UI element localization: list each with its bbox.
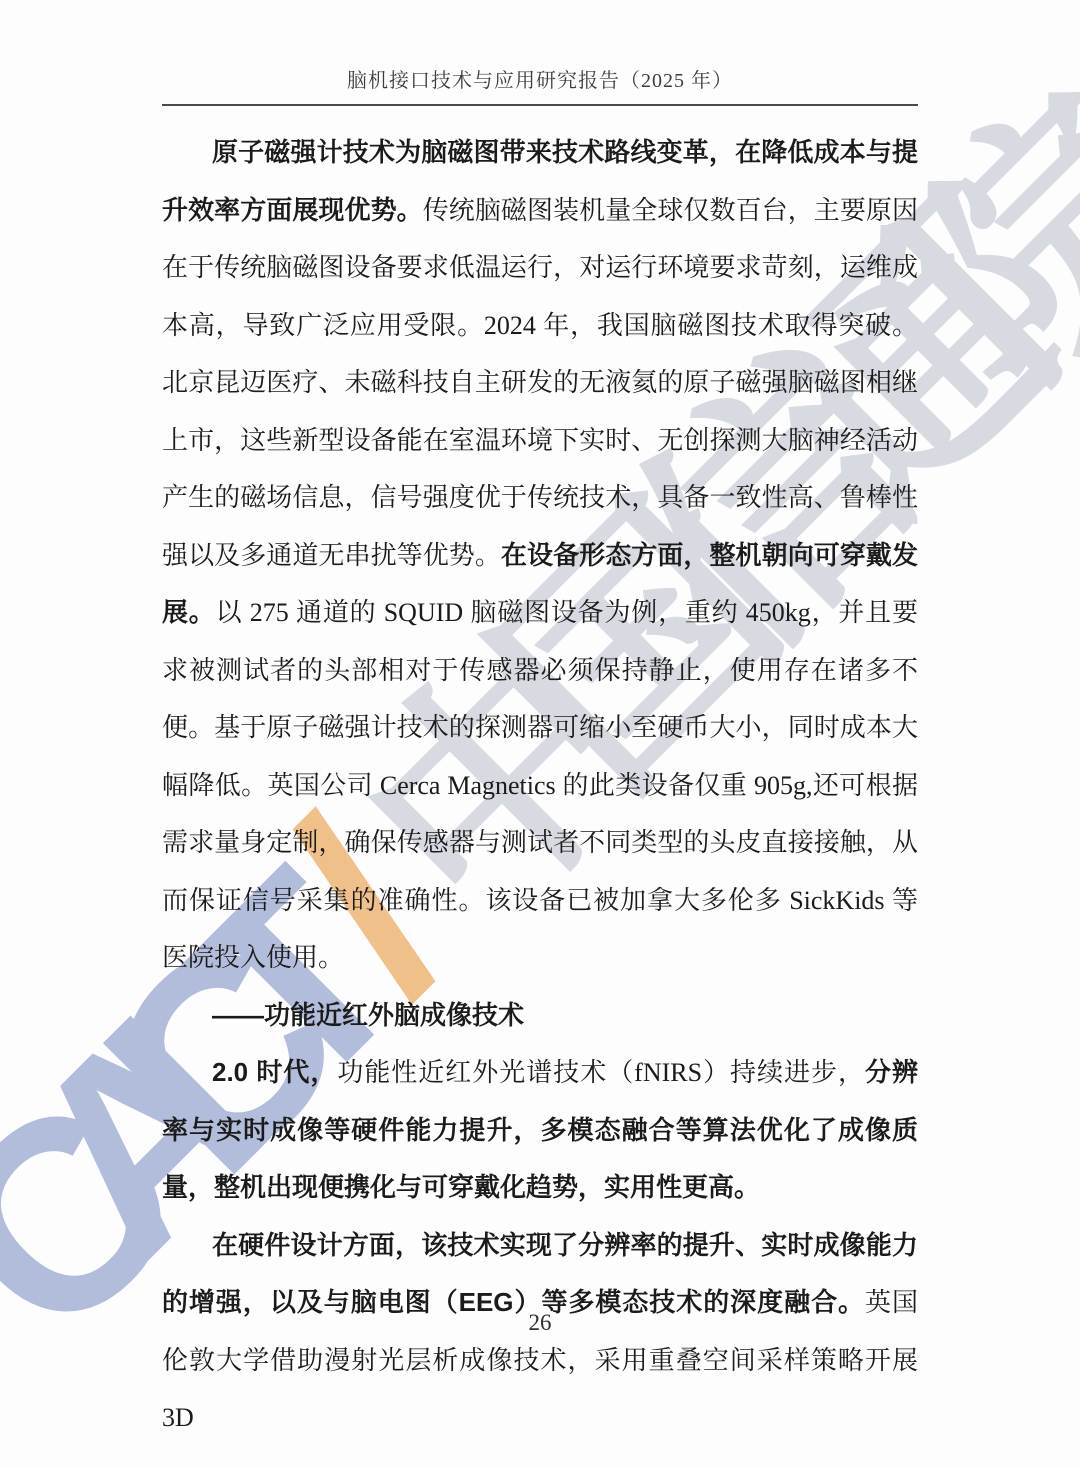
document-page: CAICT/中国信通院 脑机接口技术与应用研究报告（2025 年） 原子磁强计技… [0,0,1080,1466]
body-text: 原子磁强计技术为脑磁图带来技术路线变革，在降低成本与提升效率方面展现优势。传统脑… [162,124,918,1447]
header-title: 脑机接口技术与应用研究报告（2025 年） [347,70,733,92]
paragraph: 原子磁强计技术为脑磁图带来技术路线变革，在降低成本与提升效率方面展现优势。传统脑… [162,124,918,987]
text-run: 传统脑磁图装机量全球仅数百台，主要原因在于传统脑磁图设备要求低温运行，对运行环境… [162,196,918,570]
paragraph: ——功能近红外脑成像技术 [162,987,918,1045]
text-run: 在硬件设计方面，该技术实现了分辨率的提升、实时成像能力的增强，以及与脑电图（EE… [162,1230,918,1318]
text-run: ——功能近红外脑成像技术 [212,1000,524,1030]
page-number: 26 [0,1310,1080,1336]
text-run: 功能性近红外光谱技术（fNIRS）持续进步， [337,1058,865,1087]
paragraph: 2.0 时代，功能性近红外光谱技术（fNIRS）持续进步，分辨率与实时成像等硬件… [162,1044,918,1217]
text-run: 2.0 时代， [212,1057,337,1087]
text-run: 以 275 通道的 SQUID 脑磁图设备为例，重约 450kg，并且要求被测试… [162,598,918,972]
page-header: 脑机接口技术与应用研究报告（2025 年） [162,64,918,106]
